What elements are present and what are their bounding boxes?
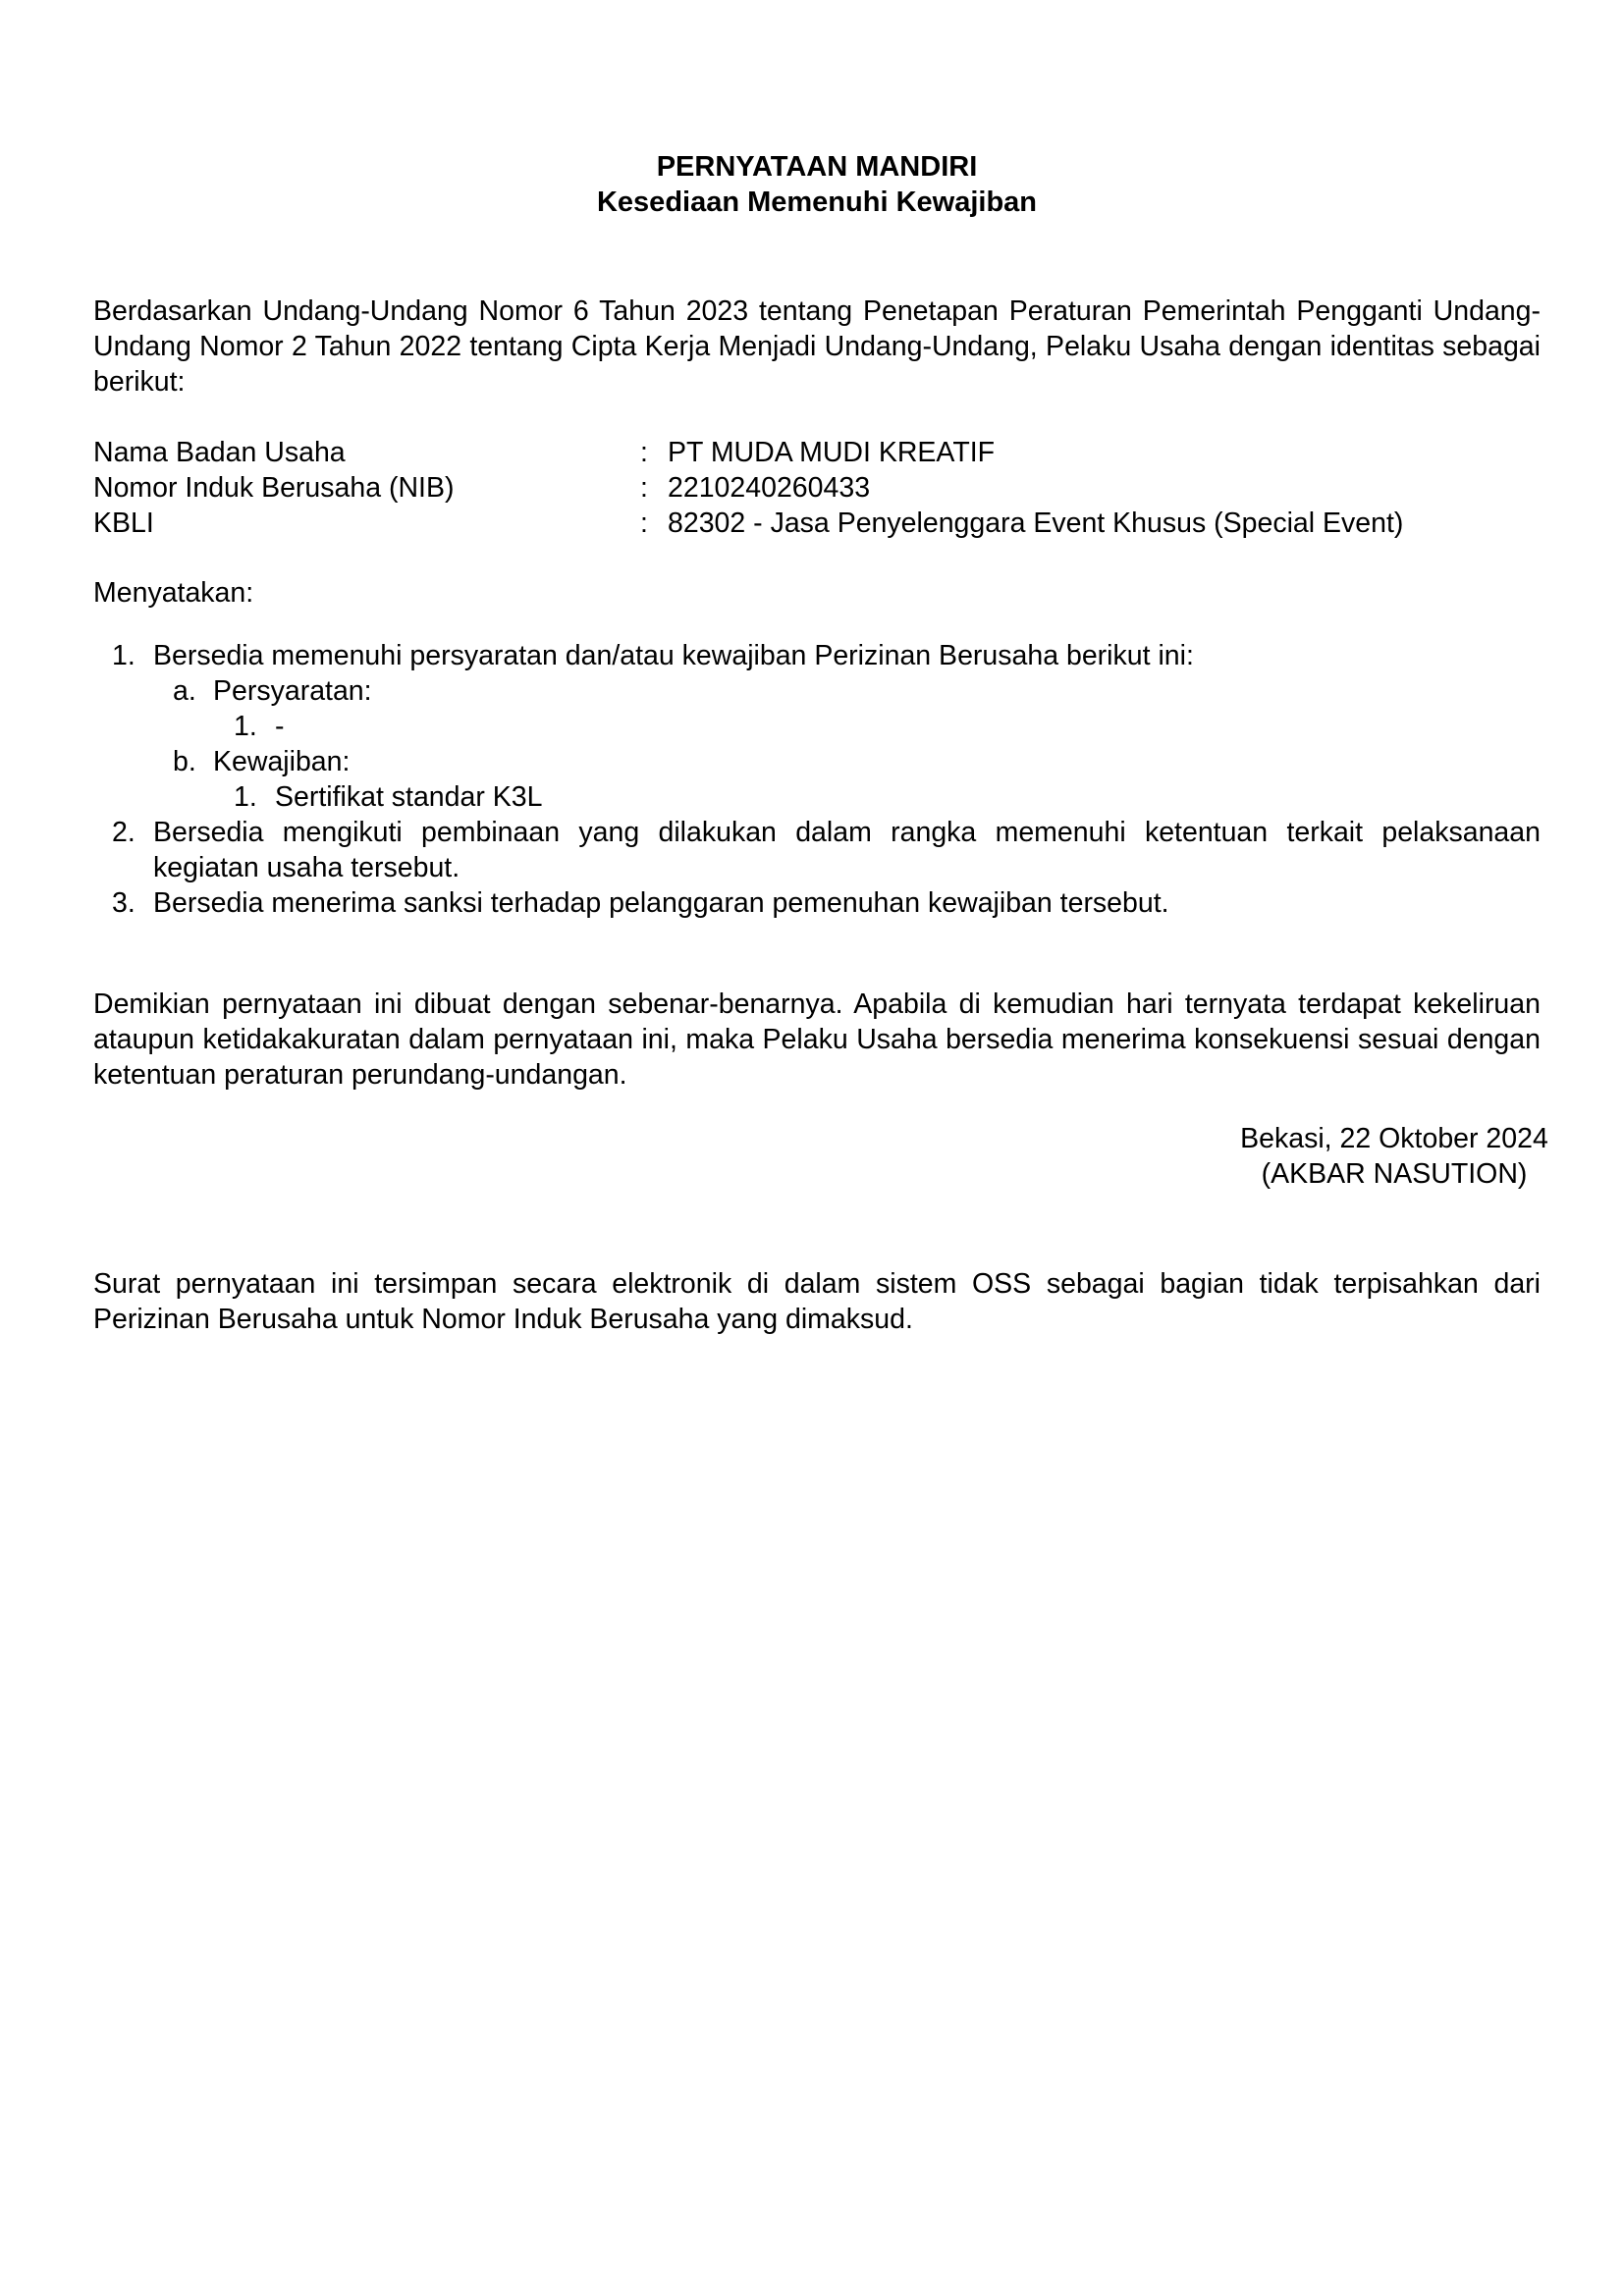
statement-number: 3. bbox=[112, 885, 153, 921]
identity-row-kbli: KBLI : 82302 - Jasa Penyelenggara Event … bbox=[93, 506, 1541, 541]
identity-row-nib: Nomor Induk Berusaha (NIB) : 22102402604… bbox=[93, 470, 1541, 506]
statement-text: Bersedia memenuhi persyaratan dan/atau k… bbox=[153, 638, 1541, 673]
statement-number: 1. bbox=[112, 638, 153, 673]
sub-item-obligations: b. Kewajiban: bbox=[93, 744, 1541, 779]
document-title: PERNYATAAN MANDIRI bbox=[93, 149, 1541, 185]
sub-item-letter: b. bbox=[173, 744, 213, 779]
sub-item-letter: a. bbox=[173, 673, 213, 709]
identity-row-company-name: Nama Badan Usaha : PT MUDA MUDI KREATIF bbox=[93, 435, 1541, 470]
footer-note: Surat pernyataan ini tersimpan secara el… bbox=[93, 1266, 1541, 1337]
obligation-item: 1. Sertifikat standar K3L bbox=[93, 779, 1541, 815]
identity-label: Nama Badan Usaha bbox=[93, 435, 640, 470]
sub-item-requirements: a. Persyaratan: bbox=[93, 673, 1541, 709]
statement-list: 1. Bersedia memenuhi persyaratan dan/ata… bbox=[93, 638, 1541, 921]
identity-separator: : bbox=[640, 435, 668, 470]
intro-paragraph: Berdasarkan Undang-Undang Nomor 6 Tahun … bbox=[93, 294, 1541, 400]
identity-separator: : bbox=[640, 506, 668, 541]
statement-item: 1. Bersedia memenuhi persyaratan dan/ata… bbox=[93, 638, 1541, 673]
obligation-number: 1. bbox=[234, 779, 275, 815]
declare-label: Menyatakan: bbox=[93, 575, 253, 611]
identity-value: 82302 - Jasa Penyelenggara Event Khusus … bbox=[668, 506, 1541, 541]
requirement-text: - bbox=[275, 709, 1541, 744]
requirement-item: 1. - bbox=[93, 709, 1541, 744]
identity-value: 2210240260433 bbox=[668, 470, 1541, 506]
statement-number: 2. bbox=[112, 815, 153, 885]
obligation-text: Sertifikat standar K3L bbox=[275, 779, 1541, 815]
statement-item: 2. Bersedia mengikuti pembinaan yang dil… bbox=[93, 815, 1541, 885]
sub-item-text: Persyaratan: bbox=[213, 673, 1541, 709]
statement-text: Bersedia menerima sanksi terhadap pelang… bbox=[153, 885, 1541, 921]
identity-value: PT MUDA MUDI KREATIF bbox=[668, 435, 1541, 470]
signature-block: Bekasi, 22 Oktober 2024 (AKBAR NASUTION) bbox=[1163, 1121, 1623, 1192]
statement-text: Bersedia mengikuti pembinaan yang dilaku… bbox=[153, 815, 1541, 885]
sub-item-text: Kewajiban: bbox=[213, 744, 1541, 779]
closing-paragraph: Demikian pernyataan ini dibuat dengan se… bbox=[93, 987, 1541, 1093]
identity-label: Nomor Induk Berusaha (NIB) bbox=[93, 470, 640, 506]
signatory-name: (AKBAR NASUTION) bbox=[1163, 1156, 1623, 1192]
requirement-number: 1. bbox=[234, 709, 275, 744]
identity-label: KBLI bbox=[93, 506, 640, 541]
signature-place-date: Bekasi, 22 Oktober 2024 bbox=[1163, 1121, 1623, 1156]
document-header: PERNYATAAN MANDIRI Kesediaan Memenuhi Ke… bbox=[93, 149, 1541, 220]
identity-table: Nama Badan Usaha : PT MUDA MUDI KREATIF … bbox=[93, 435, 1541, 541]
statement-item: 3. Bersedia menerima sanksi terhadap pel… bbox=[93, 885, 1541, 921]
identity-separator: : bbox=[640, 470, 668, 506]
document-subtitle: Kesediaan Memenuhi Kewajiban bbox=[93, 185, 1541, 220]
